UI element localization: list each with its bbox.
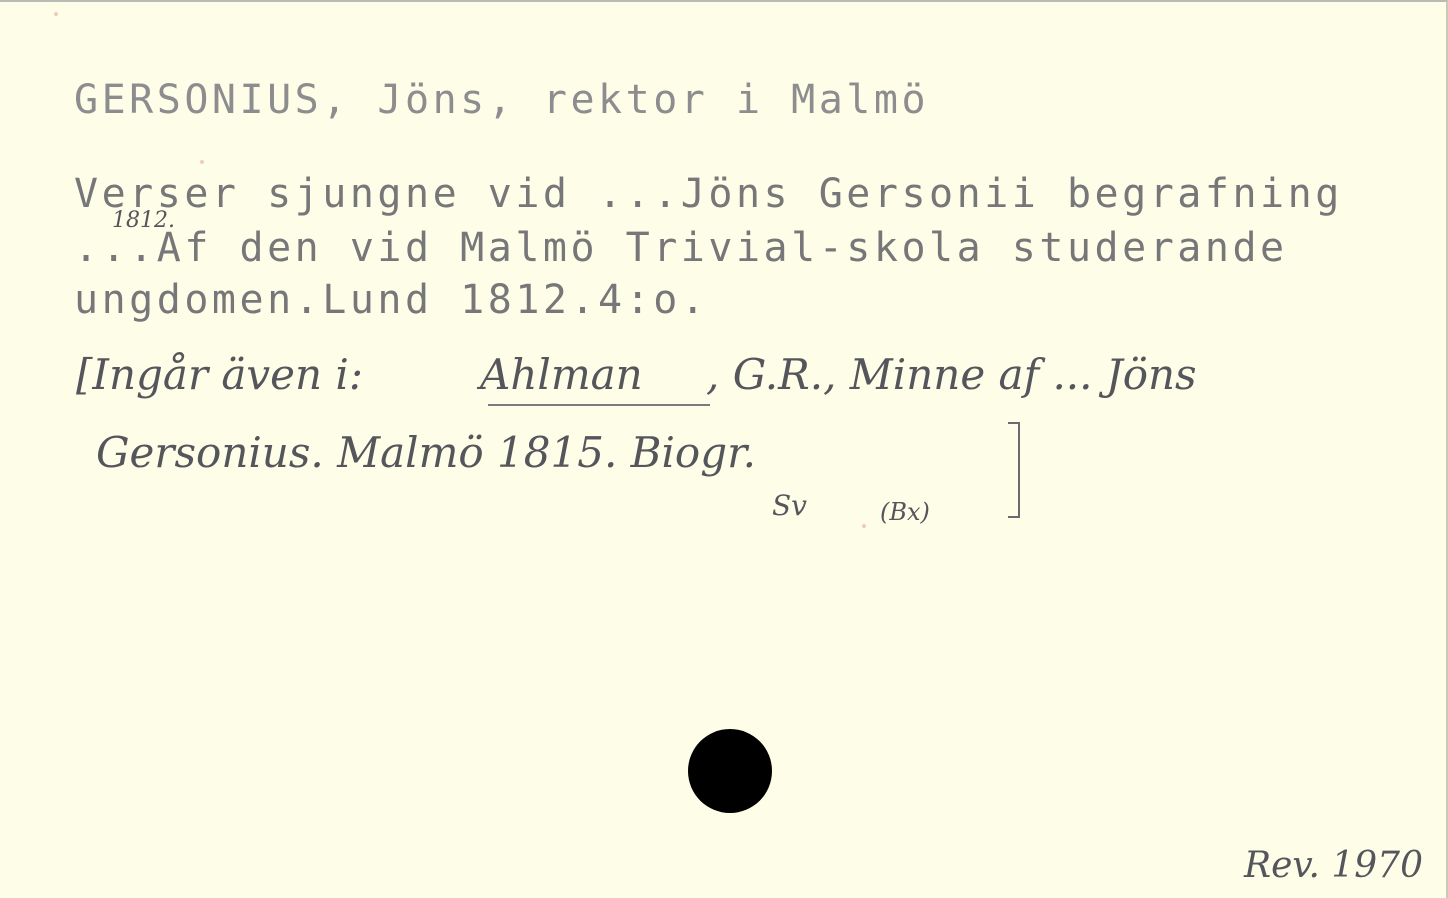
card-heading: GERSONIUS, Jöns, rektor i Malmö bbox=[74, 80, 929, 120]
imprint-line: ungdomen.Lund 1812.4:o. bbox=[74, 280, 708, 320]
title-line-2: ...Af den vid Malmö Trivial-skola studer… bbox=[74, 228, 1288, 268]
paper-speck bbox=[862, 524, 866, 528]
paper-speck bbox=[54, 12, 58, 16]
note-author: Ahlman bbox=[480, 354, 643, 396]
paper-speck bbox=[200, 160, 204, 164]
closing-bracket bbox=[1008, 422, 1020, 518]
note-line-3-left: Sv bbox=[772, 492, 807, 520]
note-line-3-right: (Bx) bbox=[880, 500, 930, 524]
punch-hole bbox=[688, 729, 772, 813]
revision-note: Rev. 1970 bbox=[1244, 848, 1423, 884]
note-line-2: Gersonius. Malmö 1815. Biogr. bbox=[96, 432, 756, 474]
note-citation: , G.R., Minne af ... Jöns bbox=[706, 354, 1197, 396]
margin-year-annotation: 1812. bbox=[112, 210, 175, 232]
catalog-card: GERSONIUS, Jöns, rektor i Malmö Verser s… bbox=[0, 0, 1448, 898]
title-line-1: Verser sjungne vid ...Jöns Gersonii begr… bbox=[74, 174, 1343, 214]
author-underline bbox=[488, 404, 710, 406]
note-prefix: [Ingår även i: bbox=[76, 354, 376, 396]
